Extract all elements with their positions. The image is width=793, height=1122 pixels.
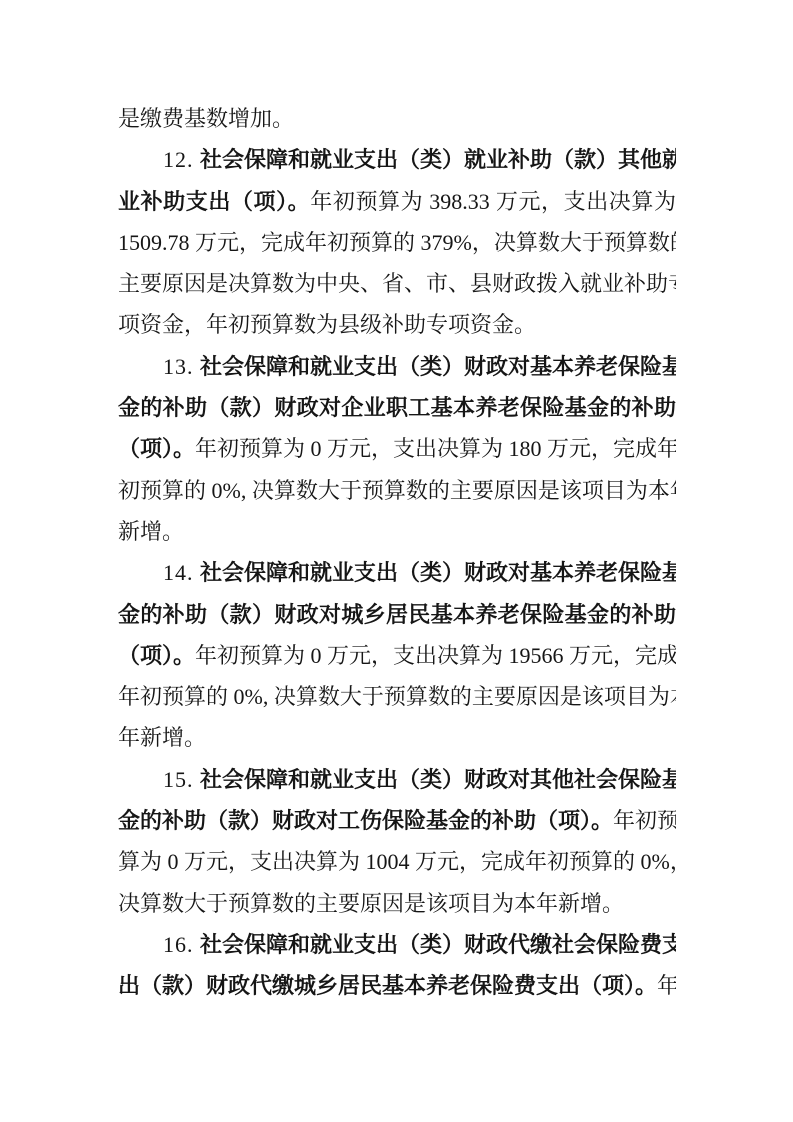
item-number: 16. [163,932,200,957]
text-line: 年初预算的 0%, 决算数大于预算数的主要原因是该项目为本 [118,676,676,717]
text-line: 是缴费基数增加。 [118,98,676,139]
text-line: 1509.78 万元，完成年初预算的 379%，决算数大于预算数的 [118,222,676,263]
text-line: 新增。 [118,511,676,552]
text-line: 16. 社会保障和就业支出（类）财政代缴社会保险费支 [118,924,676,965]
item-number: 14. [163,560,200,585]
item-number: 13. [163,354,200,379]
heading-text-run: 社会保障和就业支出（类）财政对基本养老保险基 [200,560,676,585]
text-line: 项资金，年初预算数为县级补助专项资金。 [118,304,676,345]
body-text-run: 年初预算的 0%, 决算数大于预算数的主要原因是该项目为本 [118,684,676,709]
body-text-run: 年初预算为 0 万元，支出决算为 180 万元，完成年 [195,436,676,461]
item-number: 15. [163,767,200,792]
text-line: 12. 社会保障和就业支出（类）就业补助（款）其他就 [118,139,676,180]
heading-text-run: 社会保障和就业支出（类）就业补助（款）其他就 [200,147,676,172]
text-line: 初预算的 0%, 决算数大于预算数的主要原因是该项目为本年 [118,470,676,511]
body-text-run: 年初预 [613,808,676,833]
paragraph-11-continuation: 是缴费基数增加。 [118,98,676,139]
heading-text-run: 社会保障和就业支出（类）财政对基本养老保险基 [200,354,676,379]
body-text-run: 算为 0 万元，支出决算为 1004 万元，完成年初预算的 0%， [118,849,676,874]
heading-text-run: 出（款）财政代缴城乡居民基本养老保险费支出（项）。 [118,973,657,998]
body-text-run: 年初预算为 398.33 万元，支出决算为 [310,189,676,214]
text-line: 业补助支出（项）。年初预算为 398.33 万元，支出决算为 [118,181,676,222]
body-text-run: 主要原因是决算数为中央、省、市、县财政拨入就业补助专 [118,271,676,296]
paragraph-16: 16. 社会保障和就业支出（类）财政代缴社会保险费支出（款）财政代缴城乡居民基本… [118,924,676,1007]
text-line: 15. 社会保障和就业支出（类）财政对其他社会保险基 [118,759,676,800]
text-line: 14. 社会保障和就业支出（类）财政对基本养老保险基 [118,552,676,593]
paragraph-13: 13. 社会保障和就业支出（类）财政对基本养老保险基金的补助（款）财政对企业职工… [118,346,676,552]
body-text-run: 年 [657,973,676,998]
document-body: 是缴费基数增加。12. 社会保障和就业支出（类）就业补助（款）其他就业补助支出（… [118,98,676,1007]
text-line: （项）。年初预算为 0 万元，支出决算为 180 万元，完成年 [118,428,676,469]
text-line: 金的补助（款）财政对城乡居民基本养老保险基金的补助 [118,594,676,635]
body-text-run: 项资金，年初预算数为县级补助专项资金。 [118,312,536,337]
document-page: 是缴费基数增加。12. 社会保障和就业支出（类）就业补助（款）其他就业补助支出（… [0,0,793,1122]
text-line: 出（款）财政代缴城乡居民基本养老保险费支出（项）。年 [118,965,676,1006]
heading-text-run: 社会保障和就业支出（类）财政代缴社会保险费支 [200,932,676,957]
heading-text-run: 金的补助（款）财政对城乡居民基本养老保险基金的补助 [118,602,676,627]
heading-text-run: 社会保障和就业支出（类）财政对其他社会保险基 [200,767,676,792]
body-text-run: 新增。 [118,519,184,544]
text-line: （项）。年初预算为 0 万元，支出决算为 19566 万元，完成 [118,635,676,676]
heading-text-run: （项）。 [118,643,195,668]
heading-text-run: 金的补助（款）财政对工伤保险基金的补助（项）。 [118,808,613,833]
text-line: 金的补助（款）财政对工伤保险基金的补助（项）。年初预 [118,800,676,841]
paragraph-14: 14. 社会保障和就业支出（类）财政对基本养老保险基金的补助（款）财政对城乡居民… [118,552,676,758]
body-text-run: 1509.78 万元，完成年初预算的 379%，决算数大于预算数的 [118,230,676,255]
heading-text-run: （项）。 [118,436,195,461]
text-line: 年新增。 [118,717,676,758]
body-text-run: 决算数大于预算数的主要原因是该项目为本年新增。 [118,891,624,916]
text-line: 金的补助（款）财政对企业职工基本养老保险基金的补助 [118,387,676,428]
text-line: 决算数大于预算数的主要原因是该项目为本年新增。 [118,883,676,924]
paragraph-15: 15. 社会保障和就业支出（类）财政对其他社会保险基金的补助（款）财政对工伤保险… [118,759,676,924]
body-text-run: 初预算的 0%, 决算数大于预算数的主要原因是该项目为本年 [118,478,676,503]
body-text-run: 年初预算为 0 万元，支出决算为 19566 万元，完成 [195,643,676,668]
body-text-run: 是缴费基数增加。 [118,106,294,131]
text-line: 算为 0 万元，支出决算为 1004 万元，完成年初预算的 0%， [118,841,676,882]
heading-text-run: 业补助支出（项）。 [118,189,310,214]
text-line: 主要原因是决算数为中央、省、市、县财政拨入就业补助专 [118,263,676,304]
text-line: 13. 社会保障和就业支出（类）财政对基本养老保险基 [118,346,676,387]
paragraph-12: 12. 社会保障和就业支出（类）就业补助（款）其他就业补助支出（项）。年初预算为… [118,139,676,345]
body-text-run: 年新增。 [118,725,206,750]
item-number: 12. [163,147,200,172]
heading-text-run: 金的补助（款）财政对企业职工基本养老保险基金的补助 [118,395,676,420]
